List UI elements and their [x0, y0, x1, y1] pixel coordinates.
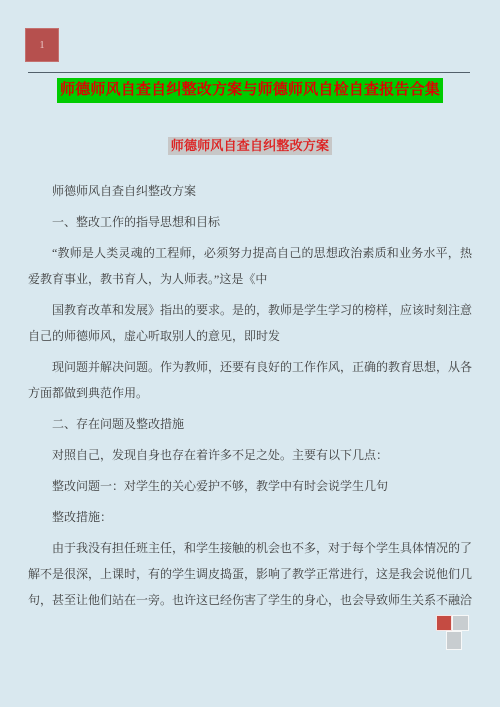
paragraph: 现问题并解决问题。作为教师，还要有良好的工作作风，正确的教育思想，从各方面都做到…	[28, 354, 472, 406]
decoration-gray-square-top	[452, 615, 469, 631]
decoration-gray-square-bottom	[446, 631, 462, 650]
header-divider	[28, 72, 470, 73]
paragraph: “教师是人类灵魂的工程师，必须努力提高自己的思想政治素质和业务水平，热爱教育事业…	[28, 240, 472, 292]
sub-title: 师德师风自查自纠整改方案	[168, 137, 332, 155]
main-title: 师德师风自查自纠整改方案与师德师风自检自查报告合集	[57, 78, 443, 103]
document-body: 师德师风自查自纠整改方案一、整改工作的指导思想和目标“教师是人类灵魂的工程师，必…	[28, 178, 472, 618]
paragraph: 一、整改工作的指导思想和目标	[28, 209, 472, 235]
paragraph: 对照自己，发现自身也存在着许多不足之处。主要有以下几点：	[28, 442, 472, 468]
paragraph: 由于我没有担任班主任，和学生接触的机会也不多，对于每个学生具体情况的了解不是很深…	[28, 535, 472, 613]
document-page: 1 师德师风自查自纠整改方案与师德师风自检自查报告合集 师德师风自查自纠整改方案…	[0, 0, 500, 707]
decoration-red-square	[436, 615, 452, 631]
paragraph: 国教育改革和发展》指出的要求。是的，教师是学生学习的榜样，应该时刻注意自己的师德…	[28, 297, 472, 349]
paragraph: 二、存在问题及整改措施	[28, 411, 472, 437]
paragraph: 师德师风自查自纠整改方案	[28, 178, 472, 204]
page-number-badge: 1	[25, 28, 59, 62]
sub-title-row: 师德师风自查自纠整改方案	[0, 137, 500, 155]
paragraph: 整改问题一：对学生的关心爱护不够，教学中有时会说学生几句	[28, 473, 472, 499]
paragraph: 整改措施：	[28, 504, 472, 530]
page-number: 1	[40, 40, 45, 51]
main-title-row: 师德师风自查自纠整改方案与师德师风自检自查报告合集	[0, 78, 500, 103]
